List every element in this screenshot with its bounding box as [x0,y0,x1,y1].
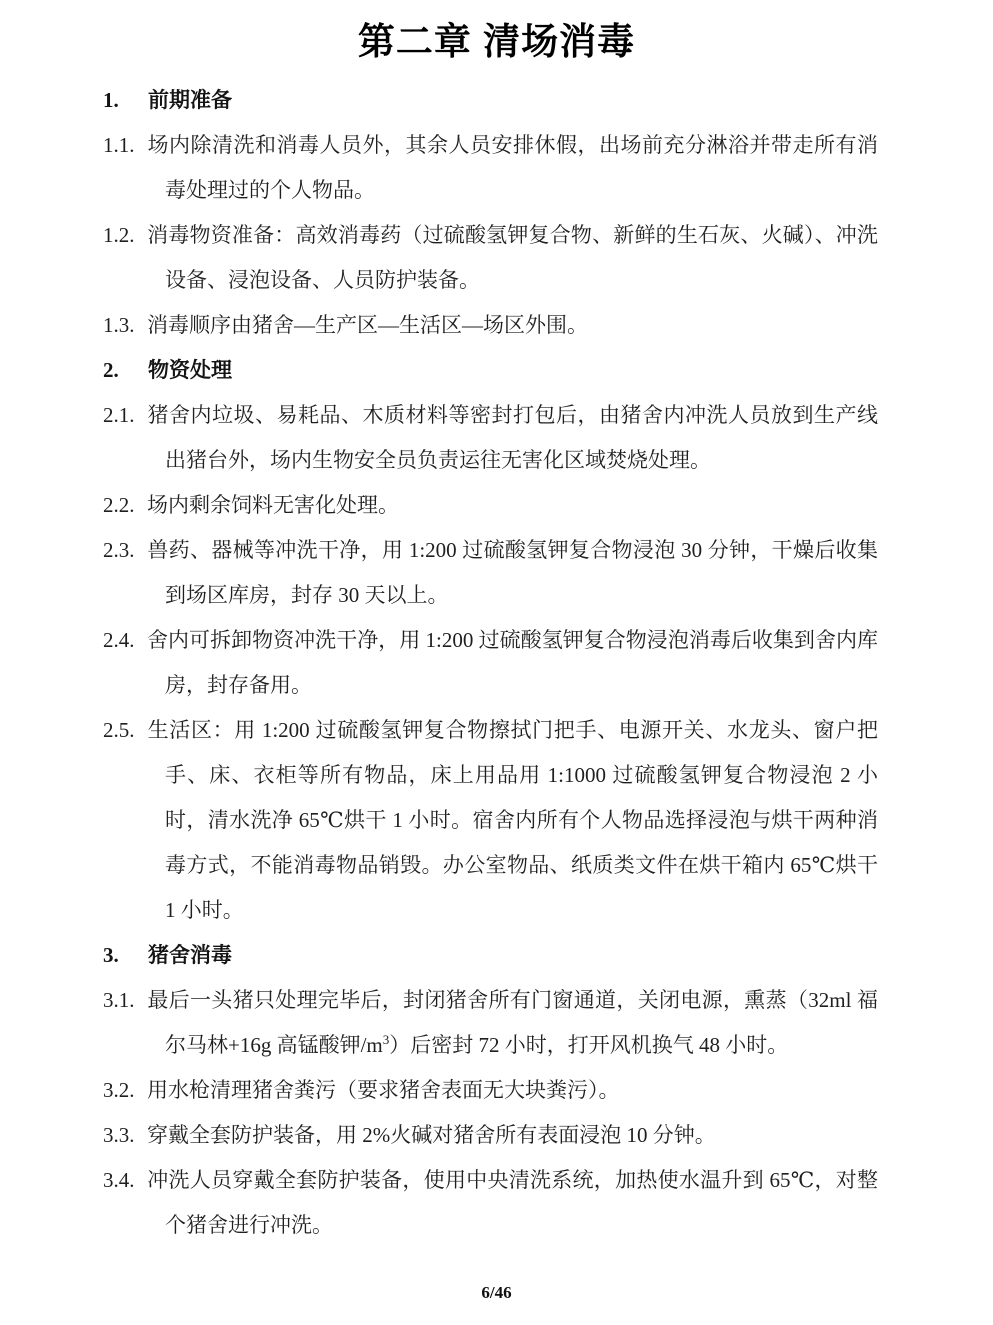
item-number: 3.3. [103,1113,147,1158]
list-item-1-3: 1.3.消毒顺序由猪舍—生产区—生活区—场区外围。 [103,303,878,348]
section-title: 物资处理 [148,358,232,382]
section-number: 1. [103,78,148,123]
item-number: 3.2. [103,1068,147,1113]
item-text: 用水枪清理猪舍粪污（要求猪舍表面无大块粪污）。 [147,1078,620,1102]
list-item-3-4: 3.4.冲洗人员穿戴全套防护装备，使用中央清洗系统，加热使水温升到 65℃，对整… [103,1158,878,1248]
list-item-1-1: 1.1.场内除清洗和消毒人员外，其余人员安排休假，出场前充分淋浴并带走所有消毒处… [103,123,878,213]
list-item-3-2: 3.2.用水枪清理猪舍粪污（要求猪舍表面无大块粪污）。 [103,1068,878,1113]
list-item-2-4: 2.4.舍内可拆卸物资冲洗干净，用 1:200 过硫酸氢钾复合物浸泡消毒后收集到… [103,618,878,708]
list-item-3-3: 3.3.穿戴全套防护装备，用 2%火碱对猪舍所有表面浸泡 10 分钟。 [103,1113,878,1158]
item-number: 2.5. [103,708,147,753]
item-number: 3.4. [103,1158,147,1203]
item-number: 3.1. [103,978,147,1023]
section-title: 猪舍消毒 [148,943,232,967]
item-text: 冲洗人员穿戴全套防护装备，使用中央清洗系统，加热使水温升到 65℃，对整个猪舍进… [147,1168,878,1237]
item-text: 兽药、器械等冲洗干净，用 1:200 过硫酸氢钾复合物浸泡 30 分钟，干燥后收… [147,538,878,607]
item-text: 场内剩余饲料无害化处理。 [147,493,399,517]
item-text: 舍内可拆卸物资冲洗干净，用 1:200 过硫酸氢钾复合物浸泡消毒后收集到舍内库房… [147,628,878,697]
item-text: 场内除清洗和消毒人员外，其余人员安排休假，出场前充分淋浴并带走所有消毒处理过的个… [147,133,878,202]
item-number: 1.3. [103,303,147,348]
section-title: 前期准备 [148,88,232,112]
list-item-2-3: 2.3.兽药、器械等冲洗干净，用 1:200 过硫酸氢钾复合物浸泡 30 分钟，… [103,528,878,618]
item-text: 消毒物资准备：高效消毒药（过硫酸氢钾复合物、新鲜的生石灰、火碱）、冲洗设备、浸泡… [147,223,878,292]
document-body: 1.前期准备 1.1.场内除清洗和消毒人员外，其余人员安排休假，出场前充分淋浴并… [0,78,993,1248]
section-heading-3: 3.猪舍消毒 [103,933,878,978]
item-text: 消毒顺序由猪舍—生产区—生活区—场区外围。 [147,313,588,337]
item-text: 猪舍内垃圾、易耗品、木质材料等密封打包后，由猪舍内冲洗人员放到生产线出猪台外，场… [147,403,878,472]
section-heading-1: 1.前期准备 [103,78,878,123]
item-number: 2.3. [103,528,147,573]
list-item-3-1: 3.1.最后一头猪只处理完毕后，封闭猪舍所有门窗通道，关闭电源，熏蒸（32ml … [103,978,878,1068]
list-item-2-1: 2.1.猪舍内垃圾、易耗品、木质材料等密封打包后，由猪舍内冲洗人员放到生产线出猪… [103,393,878,483]
item-text: 穿戴全套防护装备，用 2%火碱对猪舍所有表面浸泡 10 分钟。 [147,1123,716,1147]
section-number: 2. [103,348,148,393]
item-text: 生活区：用 1:200 过硫酸氢钾复合物擦拭门把手、电源开关、水龙头、窗户把手、… [147,718,878,922]
document-page: 第二章 清场消毒 1.前期准备 1.1.场内除清洗和消毒人员外，其余人员安排休假… [0,0,993,1325]
section-heading-2: 2.物资处理 [103,348,878,393]
item-number: 1.1. [103,123,147,168]
list-item-2-5: 2.5.生活区：用 1:200 过硫酸氢钾复合物擦拭门把手、电源开关、水龙头、窗… [103,708,878,933]
list-item-1-2: 1.2.消毒物资准备：高效消毒药（过硫酸氢钾复合物、新鲜的生石灰、火碱）、冲洗设… [103,213,878,303]
chapter-title: 第二章 清场消毒 [0,0,993,78]
list-item-2-2: 2.2.场内剩余饲料无害化处理。 [103,483,878,528]
item-number: 2.2. [103,483,147,528]
item-number: 2.1. [103,393,147,438]
item-number: 2.4. [103,618,147,663]
item-text-continued: ）后密封 72 小时，打开风机换气 48 小时。 [389,1033,788,1057]
item-number: 1.2. [103,213,147,258]
page-number: 6/46 [0,1283,993,1303]
section-number: 3. [103,933,148,978]
